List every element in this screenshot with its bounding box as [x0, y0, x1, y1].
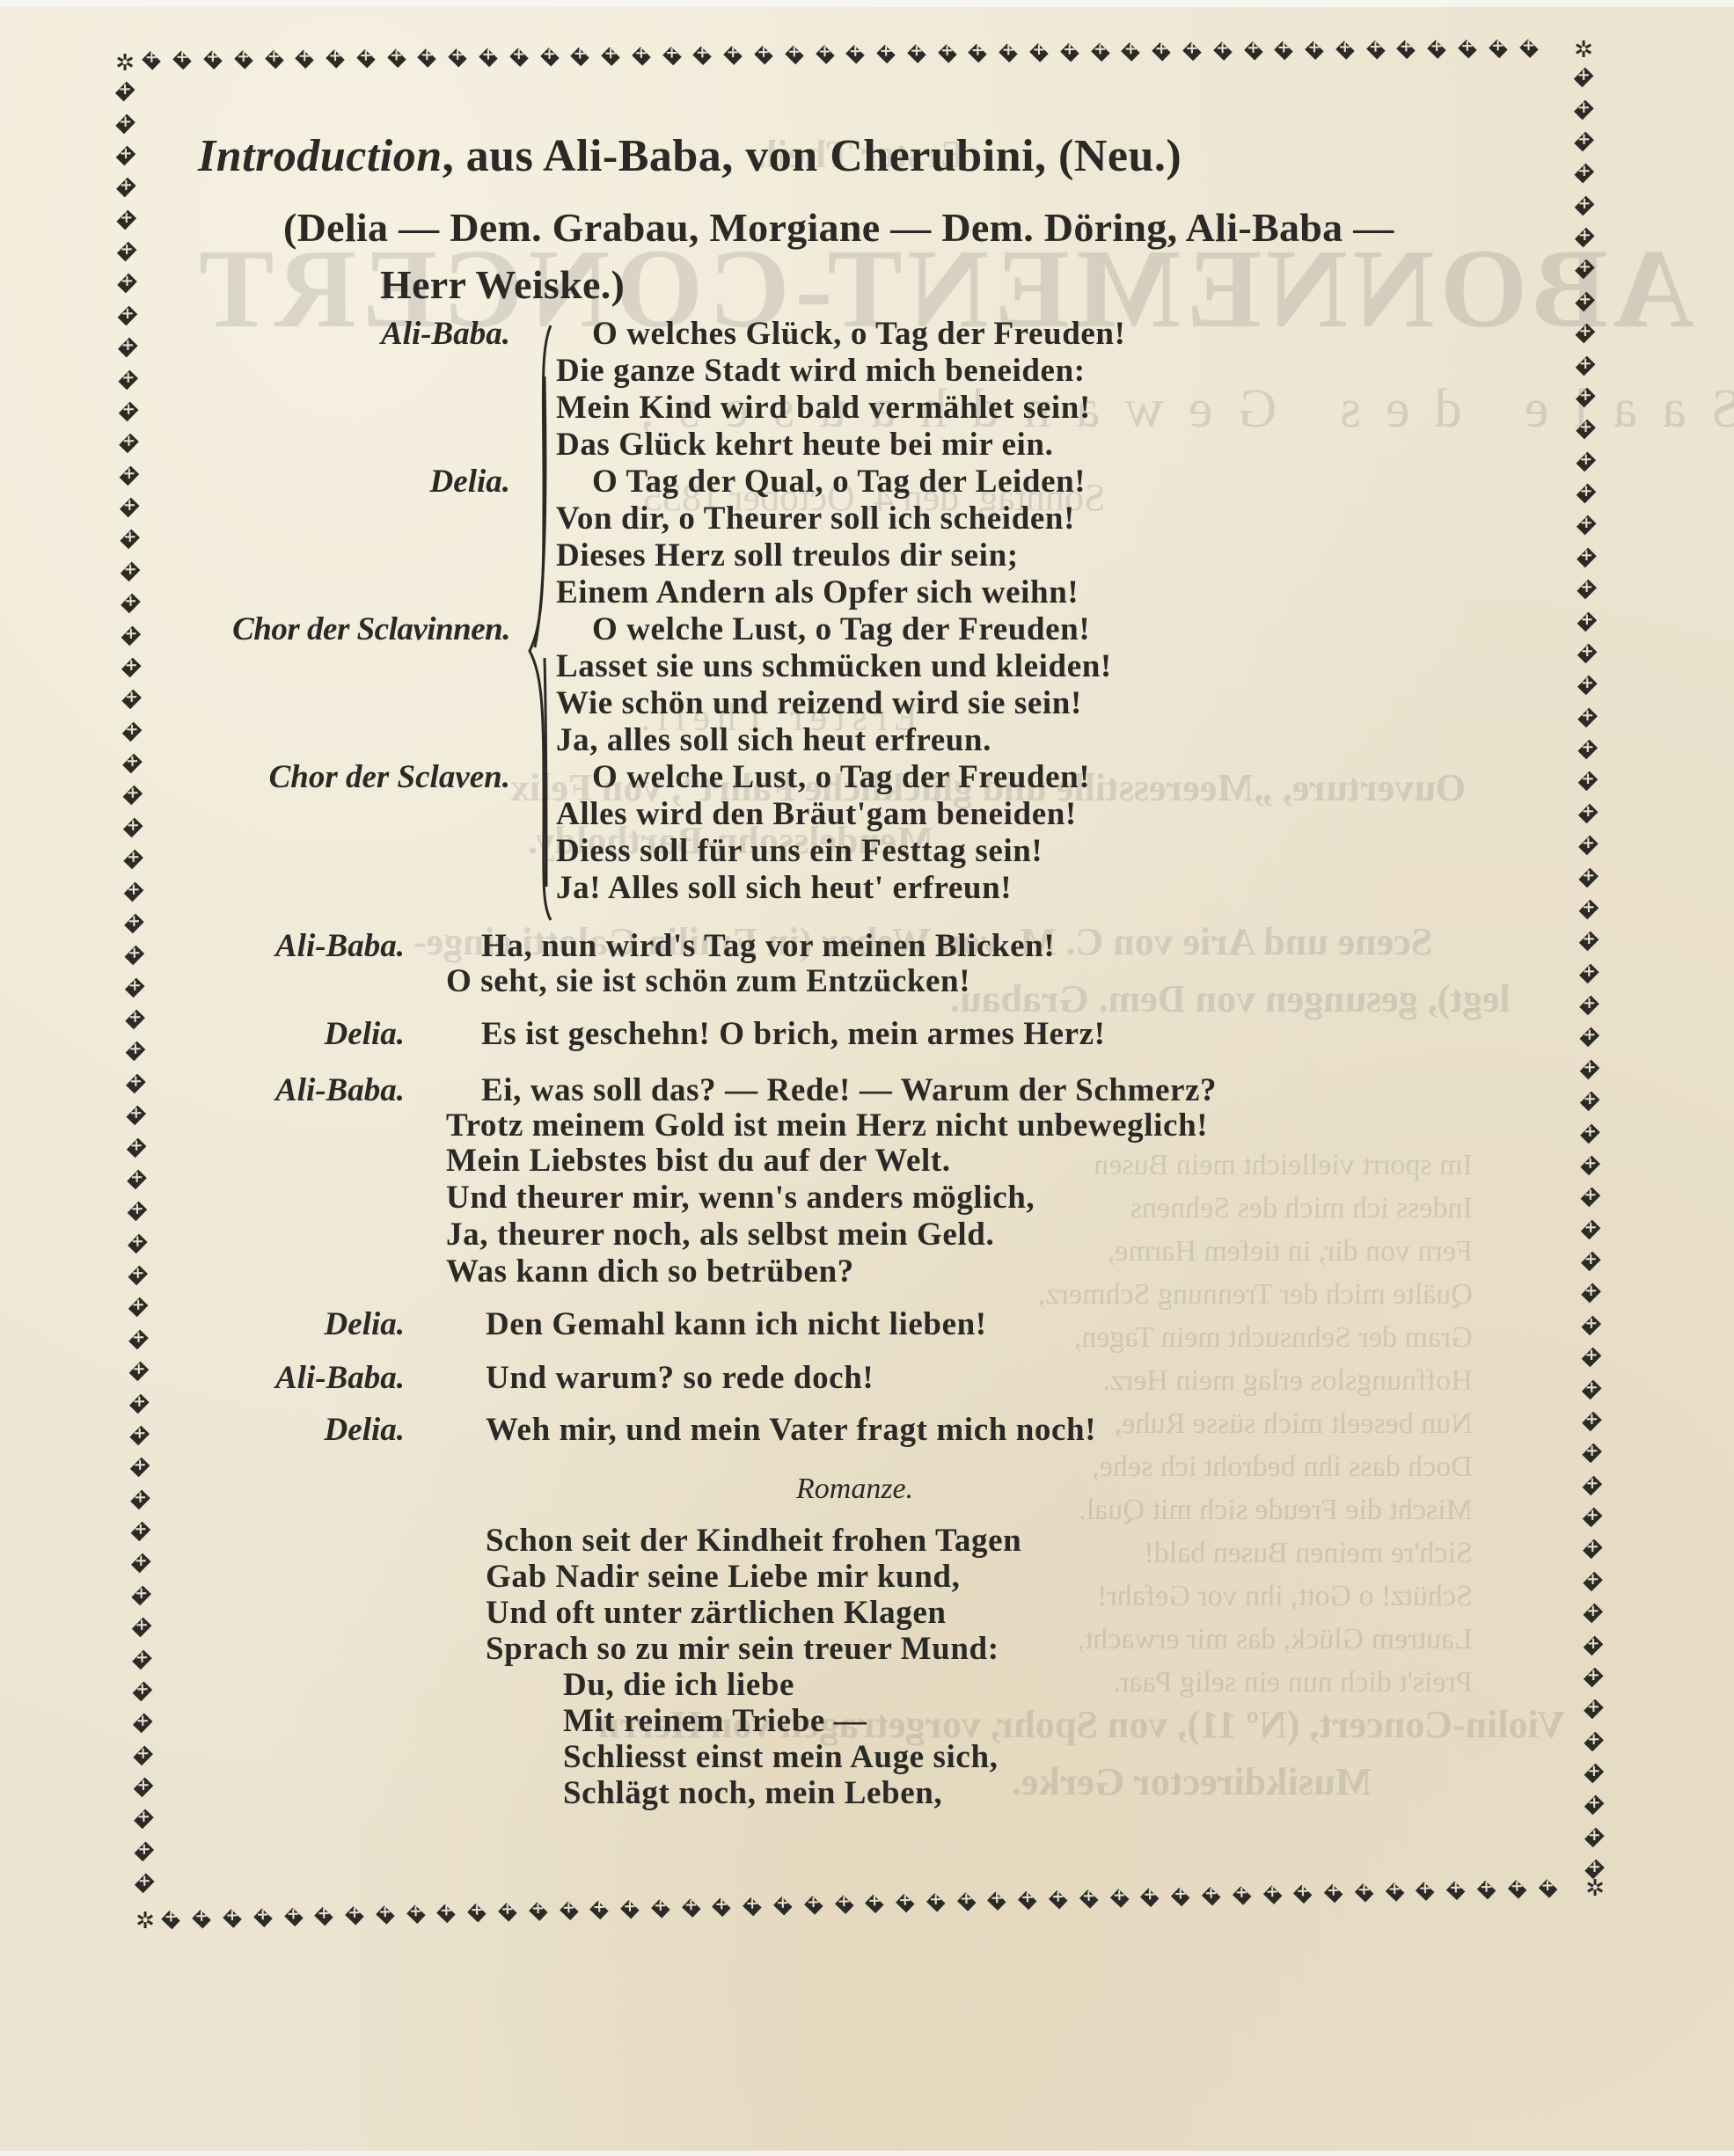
diamond-ornament-icon: [123, 814, 143, 842]
diamond-ornament-icon: [1581, 1216, 1600, 1244]
ornament-border-bottom: [156, 1878, 1584, 1929]
diamond-ornament-icon: [1584, 1695, 1603, 1723]
diamond-ornament-icon: [708, 1897, 735, 1917]
romanze-refrain-line: Mit reinem Triebe —: [563, 1702, 867, 1740]
diamond-ornament-icon: [750, 46, 777, 64]
ensemble-line: Das Glück kehrt heute bei mir ein.: [556, 426, 1053, 464]
diamond-ornament-icon: [524, 1902, 551, 1921]
diamond-ornament-icon: [127, 1101, 146, 1129]
speaker-ali-baba: Ali-Baba.: [381, 315, 510, 353]
dialogue-line: Weh mir, und mein Vater fragt mich noch!: [486, 1411, 1096, 1449]
ensemble-line: Einem Andern als Opfer sich weihn!: [556, 574, 1079, 611]
diamond-ornament-icon: [122, 718, 142, 746]
diamond-ornament-icon: [1583, 1472, 1602, 1500]
diamond-ornament-icon: [122, 685, 142, 713]
diamond-ornament-icon: [1393, 40, 1419, 58]
diamond-ornament-icon: [1515, 39, 1541, 57]
diamond-ornament-icon: [1582, 1312, 1601, 1340]
diamond-ornament-icon: [120, 462, 139, 490]
diamond-ornament-icon: [126, 1037, 145, 1065]
diamond-ornament-icon: [1057, 43, 1083, 62]
diamond-ornament-icon: [1580, 1023, 1599, 1051]
diamond-ornament-icon: [132, 1582, 151, 1610]
diamond-ornament-icon: [1576, 319, 1595, 347]
ensemble-line: Ja! Alles soll sich heut' erfreun!: [556, 869, 1012, 907]
diamond-ornament-icon: [169, 50, 195, 69]
diamond-ornament-icon: [291, 49, 318, 68]
diamond-ornament-icon: [659, 47, 685, 65]
diamond-ornament-icon: [1580, 1056, 1599, 1084]
speaker-ali-baba: Ali-Baba.: [275, 1071, 405, 1109]
speaker-delia: Delia.: [325, 1305, 405, 1343]
diamond-ornament-icon: [1584, 1631, 1603, 1659]
speaker-chor-sclavinnen: Chor der Sclavinnen.: [232, 610, 510, 648]
diamond-ornament-icon: [1580, 1087, 1599, 1115]
diamond-ornament-icon: [115, 109, 135, 137]
diamond-ornament-icon: [131, 1549, 150, 1577]
dialogue-line: Es ist geschehn! O brich, mein armes Her…: [481, 1015, 1106, 1053]
diamond-ornament-icon: [1574, 63, 1593, 91]
diamond-ornament-icon: [1584, 1791, 1604, 1819]
dialogue-line: Trotz meinem Gold ist mein Herz nicht un…: [446, 1107, 1208, 1144]
diamond-ornament-icon: [739, 1897, 765, 1916]
diamond-ornament-icon: [800, 1896, 826, 1915]
diamond-ornament-icon: [536, 48, 562, 66]
diamond-ornament-icon: [125, 974, 144, 1002]
piece-title: Introduction, aus Ali-Baba, von Cherubin…: [198, 130, 1182, 182]
diamond-ornament-icon: [1210, 41, 1236, 60]
diamond-ornament-icon: [132, 1613, 151, 1641]
diamond-ornament-icon: [1045, 1889, 1072, 1909]
ensemble-line: O Tag der Qual, o Tag der Leiden!: [592, 463, 1086, 501]
diamond-ornament-icon: [219, 1909, 245, 1928]
ensemble-line: O welches Glück, o Tag der Freuden!: [592, 315, 1126, 353]
diamond-ornament-icon: [494, 1903, 521, 1922]
diamond-ornament-icon: [1026, 43, 1052, 62]
ensemble-line: Von dir, o Theurer soll ich scheiden!: [556, 500, 1075, 537]
diamond-ornament-icon: [892, 1893, 918, 1912]
diamond-ornament-icon: [118, 302, 137, 330]
diamond-ornament-icon: [1575, 255, 1594, 283]
diamond-ornament-icon: [1575, 223, 1594, 252]
diamond-ornament-icon: [260, 50, 287, 69]
diamond-ornament-icon: [133, 1741, 152, 1769]
diamond-ornament-icon: [121, 558, 140, 586]
diamond-ornament-icon: [1578, 831, 1598, 859]
romanze-refrain-line: Schlägt noch, mein Leben,: [563, 1774, 942, 1812]
ensemble-line: Lasset sie uns schmücken und kleiden!: [556, 647, 1112, 685]
diamond-ornament-icon: [135, 1869, 154, 1897]
diamond-ornament-icon: [119, 429, 138, 457]
diamond-ornament-icon: [200, 50, 226, 69]
diamond-ornament-icon: [1504, 1880, 1530, 1899]
diamond-ornament-icon: [128, 1293, 148, 1321]
diamond-ornament-icon: [1574, 95, 1593, 123]
diamond-ornament-icon: [1179, 41, 1205, 60]
diamond-ornament-icon: [125, 941, 144, 969]
diamond-ornament-icon: [1576, 288, 1595, 316]
page-bottom-edge: [0, 2151, 1734, 2156]
diamond-ornament-icon: [134, 1773, 153, 1802]
diamond-ornament-icon: [1576, 351, 1595, 379]
dialogue-line: Ja, theurer noch, als selbst mein Geld.: [446, 1216, 994, 1253]
diamond-ornament-icon: [1578, 767, 1598, 795]
ensemble-line: Alles wird den Bräut'gam beneiden!: [556, 795, 1077, 833]
diamond-ornament-icon: [1167, 1887, 1194, 1906]
diamond-ornament-icon: [1577, 575, 1597, 603]
diamond-ornament-icon: [138, 51, 165, 69]
diamond-ornament-icon: [121, 654, 141, 682]
diamond-ornament-icon: [1534, 1879, 1561, 1898]
ensemble-line: Ja, alles soll sich heut erfreun.: [556, 721, 991, 759]
diamond-ornament-icon: [413, 48, 440, 67]
diamond-ornament-icon: [1584, 1759, 1604, 1787]
diamond-ornament-icon: [1148, 42, 1174, 61]
dialogue-line: Und warum? so rede doch!: [486, 1359, 874, 1397]
diamond-ornament-icon: [280, 1907, 306, 1926]
corner-star-icon: ✲: [1573, 40, 1594, 61]
diamond-ornament-icon: [121, 621, 141, 649]
diamond-ornament-icon: [628, 47, 655, 65]
diamond-ornament-icon: [934, 44, 961, 62]
diamond-ornament-icon: [720, 46, 746, 64]
diamond-ornament-icon: [1578, 800, 1598, 828]
dialogue-line: Was kann dich so betrüben?: [446, 1253, 854, 1290]
diamond-ornament-icon: [1584, 1728, 1604, 1756]
diamond-ornament-icon: [126, 1070, 145, 1098]
curly-brace-icon: [524, 324, 560, 922]
diamond-ornament-icon: [127, 1133, 146, 1161]
diamond-ornament-icon: [1350, 1882, 1377, 1902]
diamond-ornament-icon: [464, 1903, 490, 1922]
diamond-ornament-icon: [861, 1894, 888, 1913]
diamond-ornament-icon: [770, 1896, 796, 1915]
diamond-ornament-icon: [131, 1517, 150, 1546]
diamond-ornament-icon: [124, 877, 143, 905]
diamond-ornament-icon: [402, 1904, 428, 1924]
diamond-ornament-icon: [1577, 607, 1597, 635]
romanze-heading: Romanze.: [796, 1473, 913, 1506]
diamond-ornament-icon: [123, 845, 143, 873]
diamond-ornament-icon: [130, 1453, 150, 1481]
diamond-ornament-icon: [1473, 1880, 1499, 1899]
romanze-refrain-line: Du, die ich liebe: [563, 1666, 794, 1704]
diamond-ornament-icon: [1583, 1568, 1602, 1596]
diamond-ornament-icon: [689, 46, 715, 64]
diamond-ornament-icon: [1577, 544, 1596, 572]
diamond-ornament-icon: [1270, 40, 1297, 59]
diamond-ornament-icon: [157, 1910, 184, 1929]
diamond-ornament-icon: [116, 173, 135, 201]
diamond-ornament-icon: [119, 365, 138, 393]
diamond-ornament-icon: [322, 49, 348, 68]
diamond-ornament-icon: [1197, 1886, 1224, 1905]
diamond-ornament-icon: [118, 333, 137, 362]
diamond-ornament-icon: [904, 44, 930, 62]
diamond-ornament-icon: [873, 44, 899, 62]
diamond-ornament-icon: [1582, 1343, 1601, 1371]
diamond-ornament-icon: [1443, 1881, 1469, 1900]
title-italic: Introduction: [198, 131, 443, 181]
diamond-ornament-icon: [1580, 1119, 1599, 1147]
diamond-ornament-icon: [842, 45, 868, 63]
corner-star-icon: ✲: [114, 53, 135, 74]
diamond-ornament-icon: [117, 206, 136, 234]
diamond-ornament-icon: [1290, 1884, 1316, 1904]
dialogue-line: Und theurer mir, wenn's anders möglich,: [446, 1179, 1035, 1217]
diamond-ornament-icon: [128, 1261, 148, 1290]
diamond-ornament-icon: [1579, 863, 1599, 891]
diamond-ornament-icon: [1485, 39, 1511, 57]
diamond-ornament-icon: [597, 47, 624, 65]
diamond-ornament-icon: [1577, 448, 1596, 476]
diamond-ornament-icon: [117, 269, 136, 297]
diamond-ornament-icon: [1423, 40, 1450, 58]
diamond-ornament-icon: [117, 238, 136, 266]
diamond-ornament-icon: [1577, 671, 1597, 699]
diamond-ornament-icon: [953, 1892, 979, 1911]
ensemble-line: Die ganze Stadt wird mich beneiden:: [556, 352, 1086, 390]
romanze-line: Sprach so zu mir sein treuer Mund:: [486, 1630, 999, 1668]
diamond-ornament-icon: [1014, 1890, 1041, 1910]
diamond-ornament-icon: [372, 1905, 399, 1925]
diamond-ornament-icon: [128, 1197, 147, 1225]
diamond-ornament-icon: [1581, 1247, 1600, 1275]
diamond-ornament-icon: [1579, 895, 1599, 924]
show-through-lyrics: Im sporrt vielleicht mein Busen Indess i…: [1038, 1144, 1473, 1704]
diamond-ornament-icon: [133, 1677, 152, 1706]
diamond-ornament-icon: [1454, 40, 1481, 58]
diamond-ornament-icon: [1582, 1375, 1601, 1403]
ornament-border-top: [136, 39, 1573, 69]
diamond-ornament-icon: [964, 44, 991, 62]
diamond-ornament-icon: [811, 45, 838, 63]
diamond-ornament-icon: [123, 781, 143, 809]
diamond-ornament-icon: [127, 1166, 146, 1194]
diamond-ornament-icon: [124, 910, 143, 938]
diamond-ornament-icon: [249, 1908, 275, 1927]
diamond-ornament-icon: [648, 1899, 674, 1918]
diamond-ornament-icon: [135, 1838, 154, 1866]
speaker-ali-baba: Ali-Baba.: [275, 927, 405, 965]
diamond-ornament-icon: [1332, 40, 1358, 59]
diamond-ornament-icon: [1381, 1882, 1408, 1902]
diamond-ornament-icon: [1575, 192, 1594, 220]
diamond-ornament-icon: [1581, 1183, 1600, 1211]
diamond-ornament-icon: [586, 1900, 612, 1919]
dialogue-line: O seht, sie ist schön zum Entzücken!: [446, 962, 970, 1000]
diamond-ornament-icon: [129, 1357, 149, 1385]
diamond-ornament-icon: [119, 398, 138, 426]
dialogue-line: Ha, nun wird's Tag vor meinen Blicken!: [481, 927, 1055, 965]
dialogue-line: Mein Liebstes bist du auf der Welt.: [446, 1142, 951, 1180]
dialogue-line: Ei, was soll das? — Rede! — Warum der Sc…: [481, 1071, 1217, 1109]
romanze-line: Schon seit der Kindheit frohen Tagen: [486, 1522, 1021, 1560]
romanze-line: Gab Nadir seine Liebe mir kund,: [486, 1558, 960, 1596]
diamond-ornament-icon: [475, 48, 501, 66]
diamond-ornament-icon: [830, 1895, 857, 1914]
diamond-ornament-icon: [555, 1901, 582, 1920]
cast-line-2: Herr Weiske.): [380, 261, 625, 308]
speaker-ali-baba: Ali-Baba.: [275, 1359, 405, 1397]
diamond-ornament-icon: [120, 493, 139, 522]
diamond-ornament-icon: [1584, 1823, 1604, 1852]
diamond-ornament-icon: [115, 77, 135, 106]
speaker-chor-sclaven: Chor der Sclaven.: [269, 758, 510, 796]
diamond-ornament-icon: [444, 48, 471, 67]
diamond-ornament-icon: [995, 43, 1021, 62]
diamond-ornament-icon: [1106, 1889, 1132, 1908]
dialogue-line: Den Gemahl kann ich nicht lieben!: [486, 1305, 987, 1343]
diamond-ornament-icon: [1581, 1151, 1600, 1180]
diamond-ornament-icon: [121, 525, 140, 553]
diamond-ornament-icon: [128, 1326, 148, 1354]
ornament-border-left: [115, 76, 155, 1911]
diamond-ornament-icon: [1576, 384, 1595, 412]
diamond-ornament-icon: [188, 1909, 215, 1928]
diamond-ornament-icon: [133, 1709, 152, 1737]
diamond-ornament-icon: [311, 1906, 337, 1926]
diamond-ornament-icon: [1577, 704, 1597, 732]
romanze-line: Und oft unter zärtlichen Klagen: [486, 1594, 947, 1632]
ensemble-line: Wie schön und reizend wird sie sein!: [556, 684, 1082, 722]
diamond-ornament-icon: [122, 749, 142, 778]
diamond-ornament-icon: [1584, 1855, 1604, 1883]
diamond-ornament-icon: [121, 589, 140, 618]
ensemble-line: O welche Lust, o Tag der Freuden!: [592, 610, 1090, 648]
ensemble-line: Diess soll für uns ein Festtag sein!: [556, 832, 1043, 870]
diamond-ornament-icon: [1228, 1886, 1255, 1905]
diamond-ornament-icon: [677, 1898, 704, 1918]
diamond-ornament-icon: [1582, 1407, 1601, 1436]
diamond-ornament-icon: [1575, 159, 1594, 187]
diamond-ornament-icon: [922, 1893, 948, 1912]
diamond-ornament-icon: [129, 1389, 149, 1417]
diamond-ornament-icon: [130, 1485, 150, 1513]
diamond-ornament-icon: [1579, 960, 1599, 988]
diamond-ornament-icon: [1240, 41, 1266, 60]
diamond-ornament-icon: [1320, 1883, 1346, 1903]
corner-star-icon: ✲: [135, 1911, 156, 1932]
diamond-ornament-icon: [506, 48, 532, 66]
diamond-ornament-icon: [1583, 1503, 1602, 1531]
diamond-ornament-icon: [1583, 1535, 1602, 1563]
page-top-edge: [0, 0, 1734, 7]
diamond-ornament-icon: [617, 1899, 643, 1918]
diamond-ornament-icon: [1259, 1885, 1285, 1904]
diamond-ornament-icon: [1581, 1279, 1600, 1307]
speaker-delia: Delia.: [430, 463, 510, 501]
diamond-ornament-icon: [1577, 479, 1596, 508]
diamond-ornament-icon: [132, 1645, 151, 1673]
diamond-ornament-icon: [567, 47, 593, 65]
diamond-ornament-icon: [781, 45, 808, 63]
diamond-ornament-icon: [384, 48, 410, 67]
show-through-item3b: Musikdirector Gerke.: [1012, 1759, 1372, 1804]
diamond-ornament-icon: [1577, 639, 1597, 668]
speaker-delia: Delia.: [325, 1015, 405, 1053]
diamond-ornament-icon: [1584, 1599, 1603, 1627]
diamond-ornament-icon: [1579, 927, 1599, 955]
diamond-ornament-icon: [1412, 1882, 1438, 1901]
diamond-ornament-icon: [125, 1005, 144, 1034]
diamond-ornament-icon: [1086, 42, 1113, 61]
diamond-ornament-icon: [1362, 40, 1388, 59]
diamond-ornament-icon: [1578, 735, 1598, 764]
diamond-ornament-icon: [341, 1906, 368, 1926]
ensemble-line: O welche Lust, o Tag der Freuden!: [592, 758, 1090, 796]
diamond-ornament-icon: [1577, 511, 1596, 539]
diamond-ornament-icon: [116, 142, 135, 170]
diamond-ornament-icon: [1583, 1439, 1602, 1467]
diamond-ornament-icon: [1301, 40, 1328, 59]
diamond-ornament-icon: [984, 1891, 1010, 1911]
diamond-ornament-icon: [1075, 1889, 1101, 1909]
diamond-ornament-icon: [1576, 415, 1595, 443]
diamond-ornament-icon: [1579, 991, 1599, 1020]
cast-line-1: (Delia — Dem. Grabau, Morgiane — Dem. Dö…: [283, 204, 1394, 251]
speaker-delia: Delia.: [325, 1411, 405, 1449]
diamond-ornament-icon: [433, 1904, 459, 1923]
diamond-ornament-icon: [128, 1229, 147, 1257]
diamond-ornament-icon: [1117, 42, 1144, 61]
title-rest: , aus Ali-Baba, von Cherubini, (Neu.): [443, 131, 1182, 181]
diamond-ornament-icon: [1137, 1888, 1163, 1907]
diamond-ornament-icon: [230, 50, 257, 69]
ensemble-line: Dieses Herz soll treulos dir sein;: [556, 537, 1019, 574]
diamond-ornament-icon: [130, 1421, 150, 1450]
diamond-ornament-icon: [1574, 128, 1593, 156]
diamond-ornament-icon: [353, 49, 379, 68]
ensemble-line: Mein Kind wird bald vermählet sein!: [556, 389, 1091, 427]
diamond-ornament-icon: [134, 1805, 153, 1833]
romanze-refrain-line: Schliesst einst mein Auge sich,: [563, 1738, 999, 1776]
diamond-ornament-icon: [1584, 1663, 1603, 1692]
